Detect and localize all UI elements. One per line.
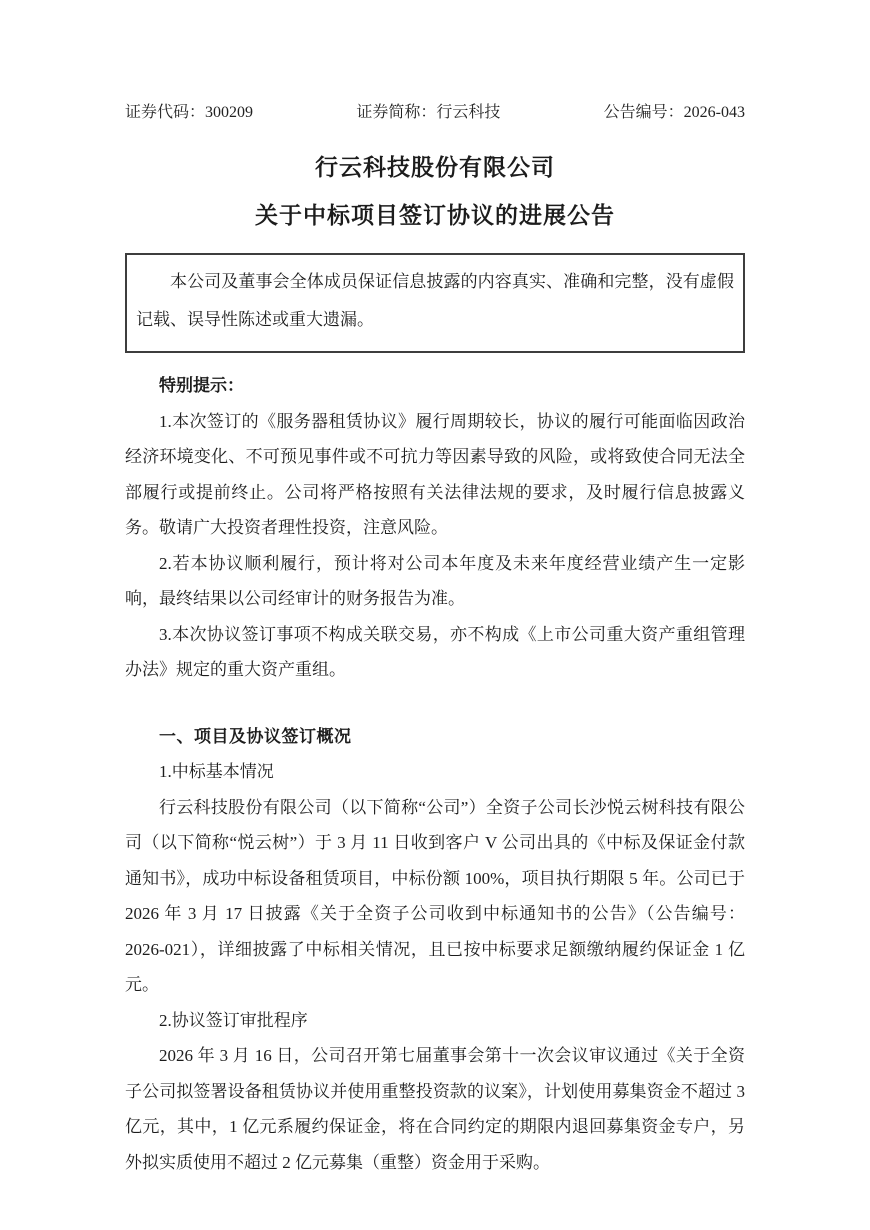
announcement-document-page: 证券代码：300209 证券简称：行云科技 公告编号：2026-043 行云科技… bbox=[0, 0, 870, 1230]
announcement-title: 关于中标项目签订协议的进展公告 bbox=[125, 201, 745, 231]
stock-name: 证券简称：行云科技 bbox=[356, 102, 500, 124]
special-notice-heading: 特别提示： bbox=[125, 368, 745, 404]
company-title: 行云科技股份有限公司 bbox=[125, 153, 745, 183]
announcement-number: 公告编号：2026-043 bbox=[604, 102, 745, 124]
disclosure-statement-box: 本公司及董事会全体成员保证信息披露的内容真实、准确和完整，没有虚假记载、误导性陈… bbox=[125, 253, 745, 353]
subsection-1-paragraph: 行云科技股份有限公司（以下简称“公司”）全资子公司长沙悦云树科技有限公司（以下简… bbox=[125, 790, 745, 1003]
document-header: 证券代码：300209 证券简称：行云科技 公告编号：2026-043 bbox=[125, 102, 745, 124]
special-notice-item-1: 1.本次签订的《服务器租赁协议》履行周期较长，协议的履行可能面临因政治经济环境变… bbox=[125, 404, 745, 546]
subsection-2-paragraph: 2026 年 3 月 16 日，公司召开第七届董事会第十一次会议审议通过《关于全… bbox=[125, 1038, 745, 1180]
special-notice-item-2: 2.若本协议顺利履行，预计将对公司本年度及未来年度经营业绩产生一定影响，最终结果… bbox=[125, 546, 745, 617]
section-one-heading: 一、项目及协议签订概况 bbox=[125, 719, 745, 755]
document-body: 特别提示： 1.本次签订的《服务器租赁协议》履行周期较长，协议的履行可能面临因政… bbox=[125, 368, 745, 1180]
subsection-2-heading: 2.协议签订审批程序 bbox=[125, 1003, 745, 1039]
stock-code: 证券代码：300209 bbox=[125, 102, 253, 124]
disclosure-statement-text: 本公司及董事会全体成员保证信息披露的内容真实、准确和完整，没有虚假记载、误导性陈… bbox=[136, 263, 734, 339]
document-content: 证券代码：300209 证券简称：行云科技 公告编号：2026-043 行云科技… bbox=[125, 0, 745, 1180]
special-notice-item-3: 3.本次协议签订事项不构成关联交易，亦不构成《上市公司重大资产重组管理办法》规定… bbox=[125, 617, 745, 688]
subsection-1-heading: 1.中标基本情况 bbox=[125, 754, 745, 790]
